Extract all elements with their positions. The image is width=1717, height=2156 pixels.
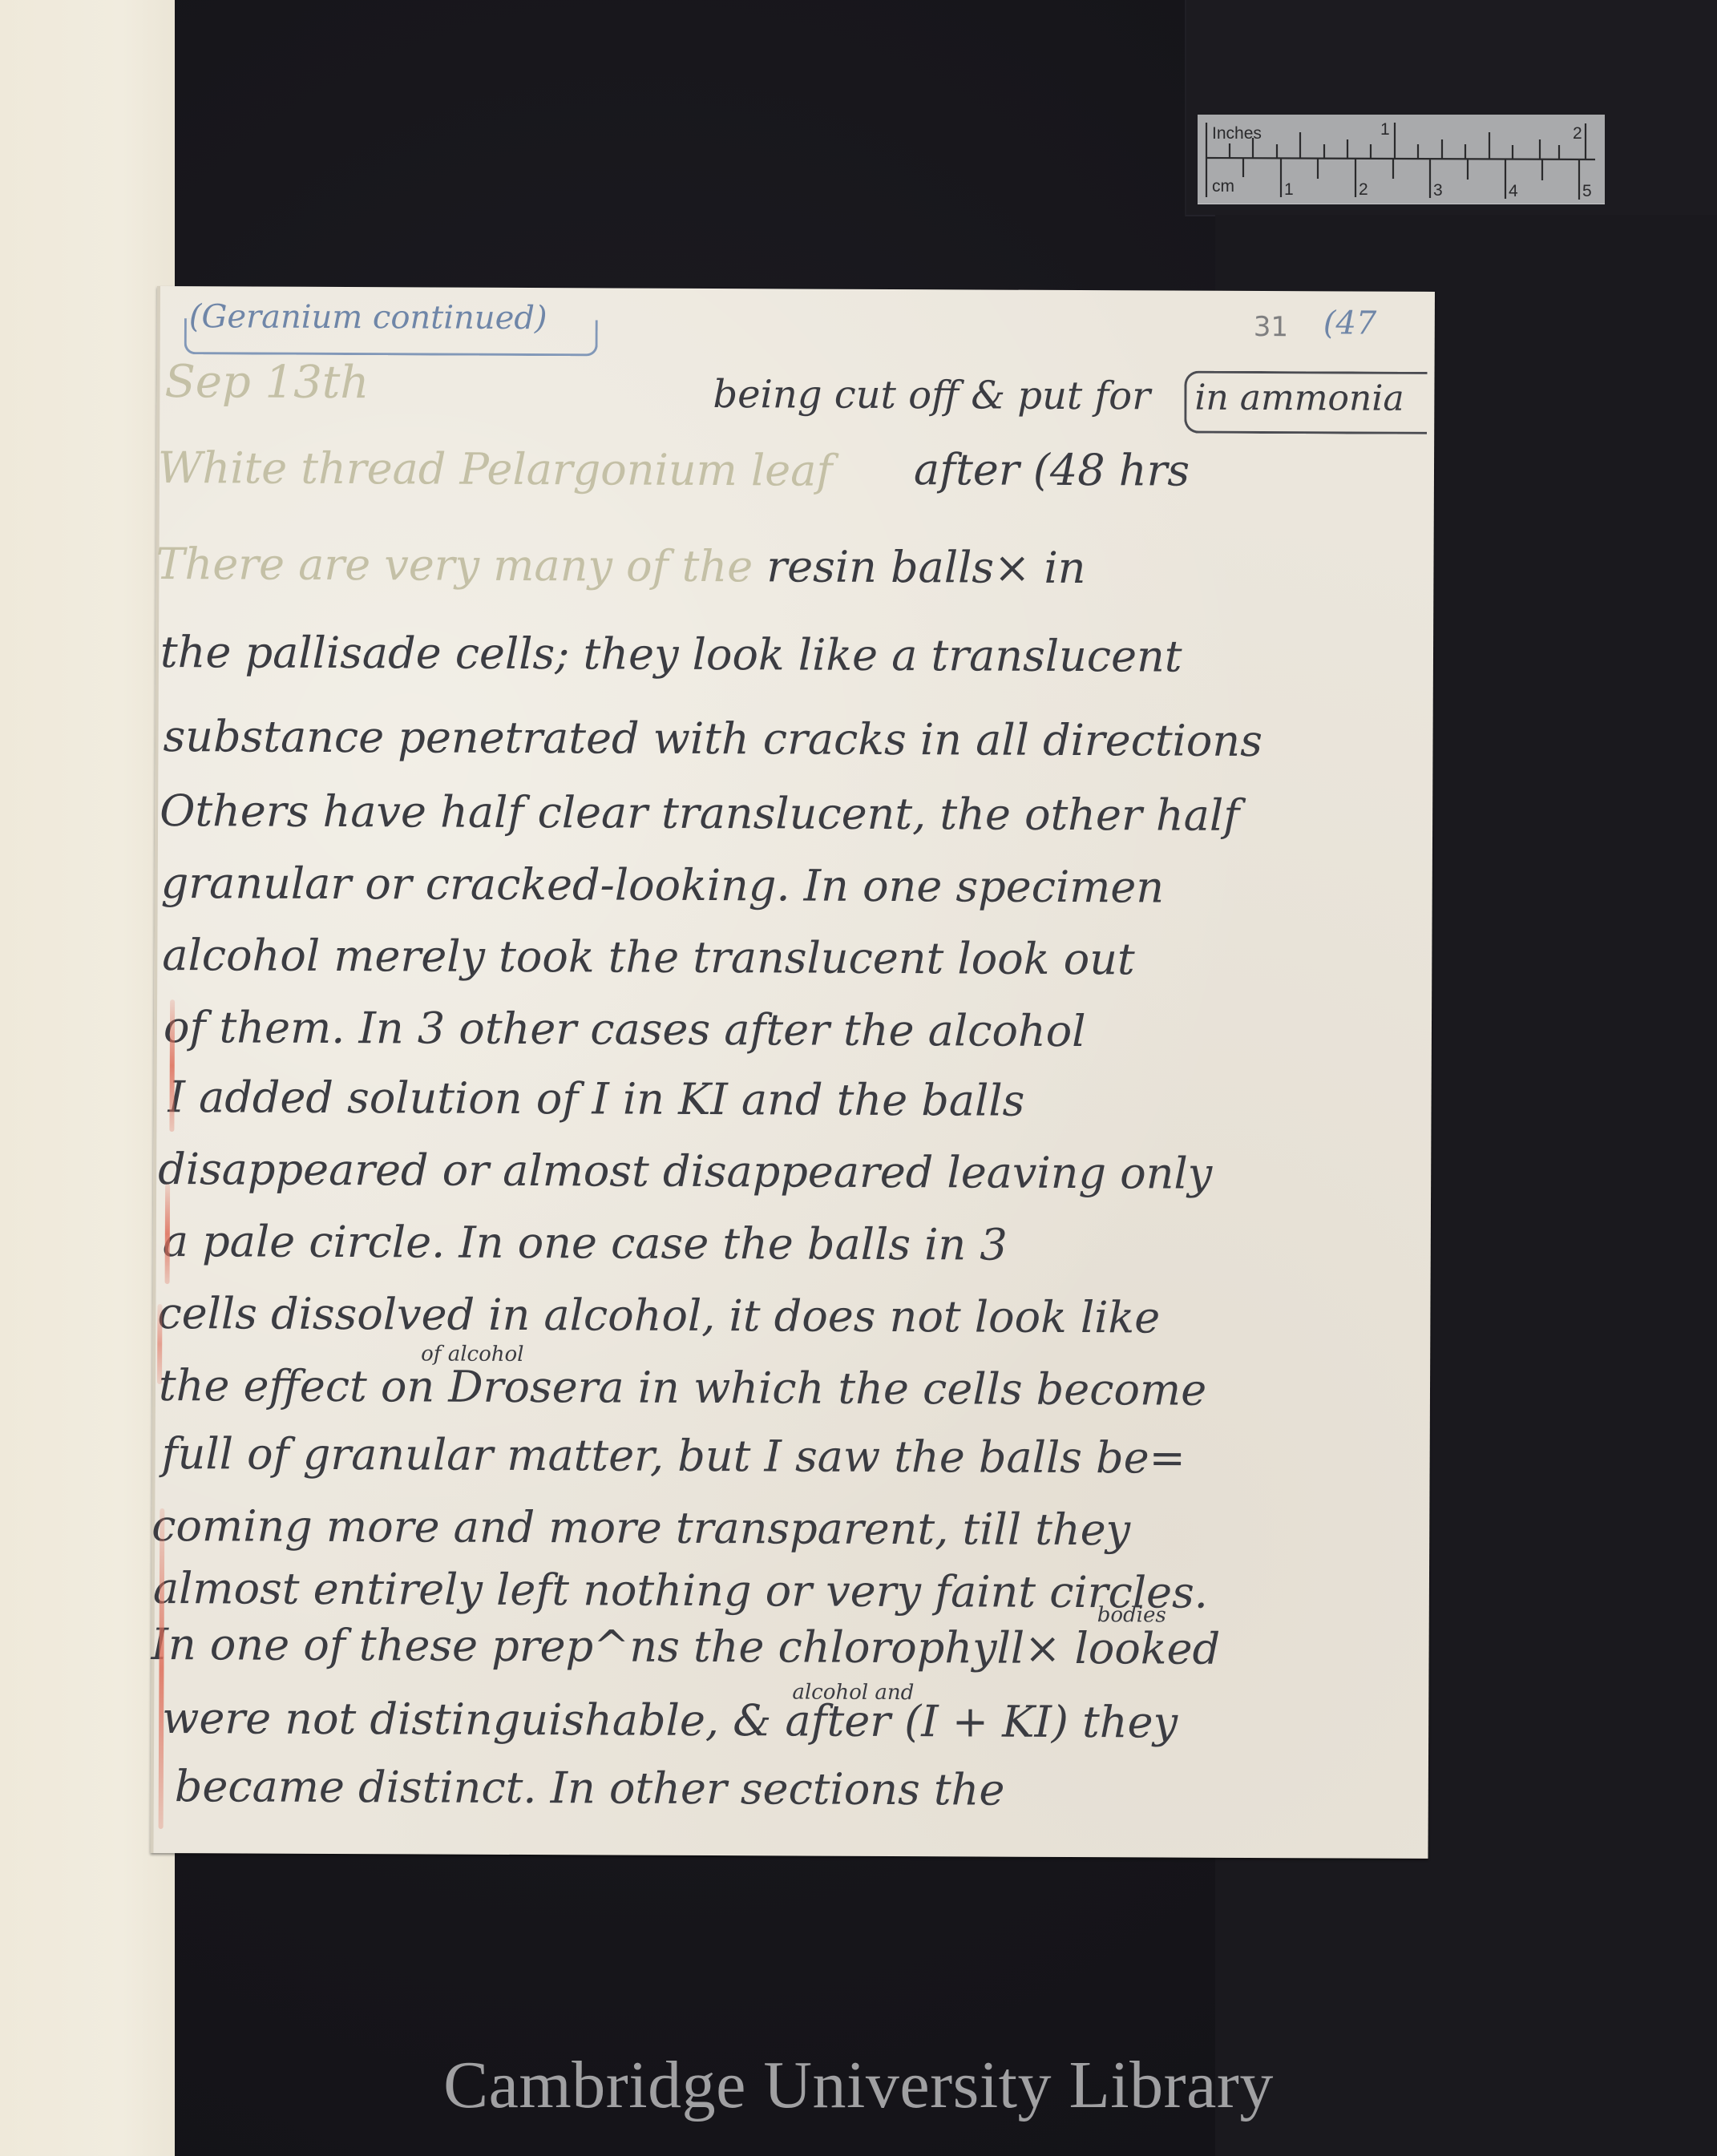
subtitle: White thread Pelargonium leaf bbox=[158, 446, 833, 493]
red-margin-mark-1 bbox=[169, 999, 175, 1132]
line-15: almost entirely left nothing or very fai… bbox=[153, 1567, 1208, 1615]
line-18: became distinct. In other sections the bbox=[175, 1765, 1005, 1812]
line-2: the pallisade cells; they look like a tr… bbox=[160, 631, 1182, 679]
red-margin-mark-2 bbox=[165, 1184, 171, 1284]
red-margin-mark-3 bbox=[157, 1304, 162, 1384]
line-11: cells dissolved in alcohol, it does not … bbox=[157, 1292, 1160, 1339]
line-1-faint-prefix: There are very many of the bbox=[156, 539, 753, 591]
red-margin-mark-4 bbox=[159, 1508, 165, 1829]
entry-date: Sep 13th bbox=[164, 360, 369, 406]
line-1: There are very many of the resin balls× … bbox=[156, 543, 1085, 590]
inches-label: Inches bbox=[1212, 125, 1262, 142]
line-12: the effect on Drosera in which the cells… bbox=[159, 1364, 1206, 1412]
line-10: a pale circle. In one case the balls in … bbox=[163, 1220, 1008, 1267]
line-3: substance penetrated with cracks in all … bbox=[163, 715, 1262, 763]
scale-bar: Inches 1 2 cm 1 2 3 4 5 bbox=[1198, 115, 1605, 204]
folio-circled-number: (47 bbox=[1323, 307, 1377, 339]
header-bracket bbox=[184, 318, 598, 356]
line-16: In one of these prep^ns the chlorophyll×… bbox=[151, 1623, 1220, 1671]
line-9: disappeared or almost disappeared leavin… bbox=[158, 1148, 1212, 1196]
insertion-box bbox=[1184, 371, 1427, 434]
inch-tick-2: 2 bbox=[1573, 125, 1582, 142]
inch-tick-1: 1 bbox=[1380, 121, 1390, 138]
cm-tick-2: 2 bbox=[1359, 181, 1368, 198]
institution-watermark: Cambridge University Library bbox=[0, 2046, 1717, 2124]
line-13: full of granular matter, but I saw the b… bbox=[162, 1432, 1186, 1480]
insertion-text: being cut off & put for bbox=[713, 375, 1150, 415]
line-4: Others have half clear translucent, the … bbox=[160, 789, 1239, 838]
cream-mount-strip bbox=[0, 0, 175, 2156]
line-16-struck-text: looked bbox=[1074, 1623, 1220, 1674]
line-16-text: In one of these prep^ns the chlorophyll× bbox=[151, 1619, 1060, 1674]
folio-number: 31 bbox=[1254, 313, 1288, 341]
after-phrase: after (48 hrs bbox=[914, 448, 1190, 493]
line-5: granular or cracked-looking. In one spec… bbox=[161, 862, 1165, 909]
line-1-text: resin balls× in bbox=[766, 541, 1085, 593]
cm-tick-1: 1 bbox=[1284, 181, 1294, 198]
line-14: coming more and more transparent, till t… bbox=[151, 1504, 1130, 1552]
cm-tick-3: 3 bbox=[1433, 182, 1443, 199]
cm-tick-4: 4 bbox=[1509, 183, 1518, 200]
line-7: of them. In 3 other cases after the alco… bbox=[164, 1006, 1086, 1053]
line-17: were not distinguishable, & after (I + K… bbox=[162, 1697, 1178, 1745]
line-15-struck-text: almost entirely bbox=[153, 1563, 483, 1615]
cm-tick-5: 5 bbox=[1582, 183, 1592, 200]
line-6: alcohol merely took the translucent look… bbox=[162, 934, 1135, 981]
cm-label: cm bbox=[1212, 178, 1234, 195]
line-8: I added solution of I in KI and the ball… bbox=[168, 1076, 1024, 1123]
manuscript-page: (Geranium continued) 31 (47 Sep 13th bei… bbox=[150, 286, 1435, 1859]
